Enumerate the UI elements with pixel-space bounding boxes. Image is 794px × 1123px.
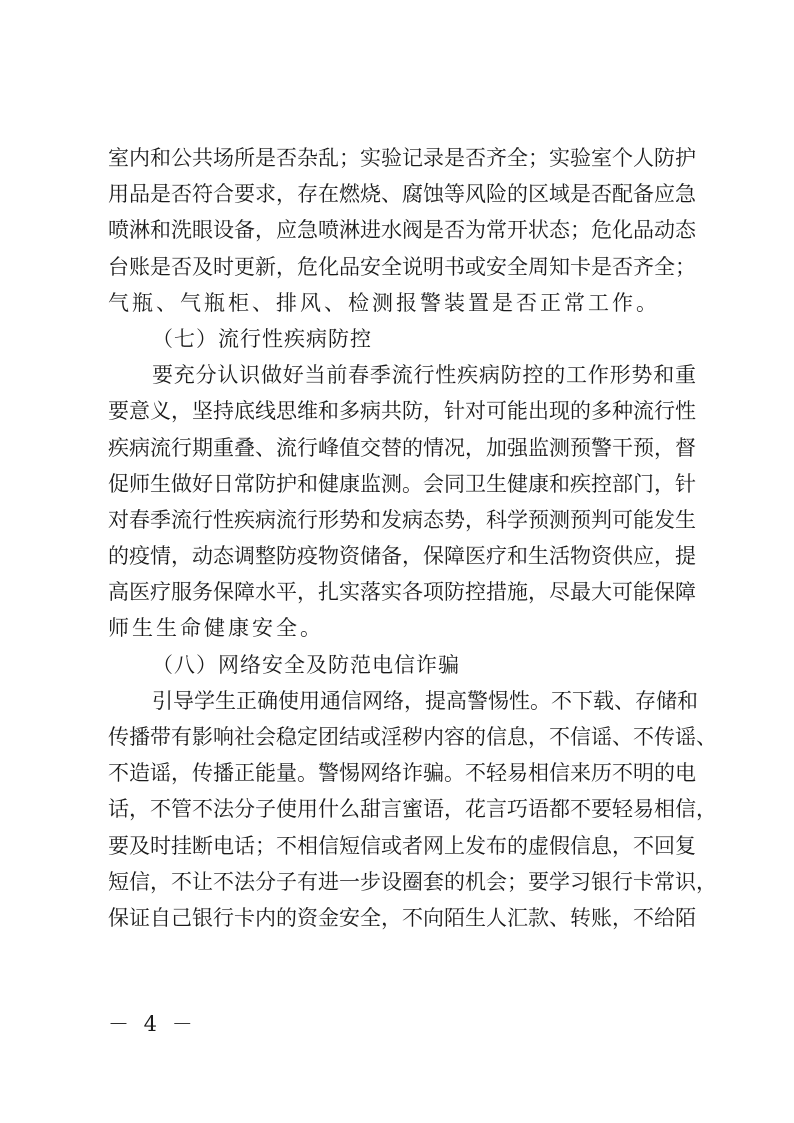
document-body: 室内和公共场所是否杂乱；实验记录是否齐全；实验室个人防护 用品是否符合要求，存在… <box>108 140 696 936</box>
text-line: 用品是否符合要求，存在燃烧、腐蚀等风险的区域是否配备应急 <box>108 176 696 212</box>
section-heading-8: （八）网络安全及防范电信诈骗 <box>108 647 696 683</box>
text-line: 对春季流行性疾病流行形势和发病态势，科学预测预判可能发生 <box>108 502 696 538</box>
section-heading-7: （七）流行性疾病防控 <box>108 321 696 357</box>
text-line: 喷淋和洗眼设备，应急喷淋进水阀是否为常开状态；危化品动态 <box>108 212 696 248</box>
text-line: 要及时挂断电话；不相信短信或者网上发布的虚假信息，不回复 <box>108 828 696 864</box>
text-line: 短信，不让不法分子有进一步设圈套的机会；要学习银行卡常识， <box>108 864 696 900</box>
text-line: 引导学生正确使用通信网络，提高警惕性。不下载、存储和 <box>108 683 696 719</box>
text-line: 不造谣，传播正能量。警惕网络诈骗。不轻易相信来历不明的电 <box>108 755 696 791</box>
text-line: 话，不管不法分子使用什么甜言蜜语，花言巧语都不要轻易相信， <box>108 791 696 827</box>
text-line: 的疫情，动态调整防疫物资储备，保障医疗和生活物资供应，提 <box>108 538 696 574</box>
text-line: 师生生命健康安全。 <box>108 610 696 646</box>
text-line: 要充分认识做好当前春季流行性疾病防控的工作形势和重 <box>108 357 696 393</box>
document-page: 室内和公共场所是否杂乱；实验记录是否齐全；实验室个人防护 用品是否符合要求，存在… <box>0 0 794 1123</box>
text-line: 促师生做好日常防护和健康监测。会同卫生健康和疾控部门，针 <box>108 466 696 502</box>
text-line: 台账是否及时更新，危化品安全说明书或安全周知卡是否齐全； <box>108 249 696 285</box>
text-line: 气瓶、气瓶柜、排风、检测报警装置是否正常工作。 <box>108 285 696 321</box>
page-number: － 4 － <box>108 1008 197 1038</box>
text-line: 疾病流行期重叠、流行峰值交替的情况，加强监测预警干预，督 <box>108 430 696 466</box>
text-line: 高医疗服务保障水平，扎实落实各项防控措施，尽最大可能保障 <box>108 574 696 610</box>
text-line: 室内和公共场所是否杂乱；实验记录是否齐全；实验室个人防护 <box>108 140 696 176</box>
text-line: 传播带有影响社会稳定团结或淫秽内容的信息，不信谣、不传谣、 <box>108 719 696 755</box>
text-line: 保证自己银行卡内的资金安全，不向陌生人汇款、转账，不给陌 <box>108 900 696 936</box>
text-line: 要意义，坚持底线思维和多病共防，针对可能出现的多种流行性 <box>108 393 696 429</box>
